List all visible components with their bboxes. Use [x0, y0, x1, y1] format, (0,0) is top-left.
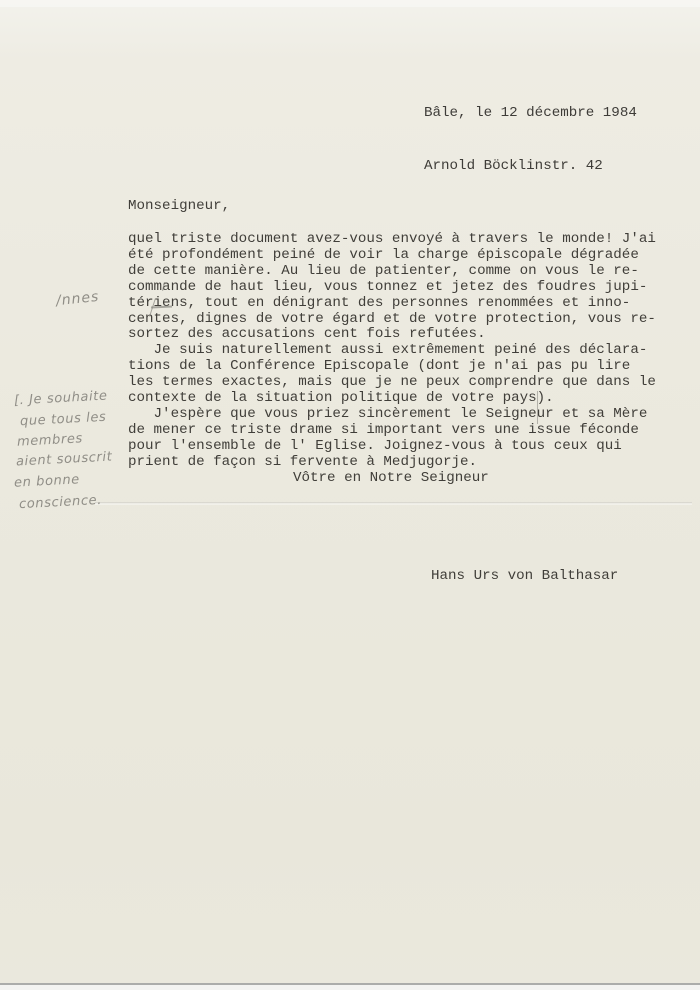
scan-edge-top	[0, 0, 700, 7]
date-block: Bâle, le 12 décembre 1984 Arnold Böcklin…	[424, 70, 637, 210]
margin-correction-note: /nnes	[55, 289, 100, 309]
margin-note-line: aient souscrit	[16, 449, 113, 469]
signature-name: Hans Urs von Balthasar	[431, 569, 618, 585]
margin-note-line: membres	[17, 431, 84, 449]
pencil-vertical-mark	[537, 391, 538, 424]
margin-note-line: conscience.	[19, 493, 103, 512]
salutation: Monseigneur,	[128, 199, 230, 215]
margin-note-line: en bonne	[14, 472, 81, 490]
letter-body: quel triste document avez-vous envoyé à …	[128, 232, 656, 471]
closing-line: Vôtre en Notre Seigneur	[293, 471, 489, 487]
margin-note-line: que tous les	[20, 410, 107, 430]
scan-edge-bottom-strip	[0, 985, 700, 990]
paper-fold-line	[95, 502, 692, 505]
place-date-line: Bâle, le 12 décembre 1984	[424, 105, 637, 123]
letter-page: Bâle, le 12 décembre 1984 Arnold Böcklin…	[0, 0, 700, 990]
margin-note-line: [. Je souhaite	[14, 389, 108, 409]
sender-address-line: Arnold Böcklinstr. 42	[424, 158, 637, 176]
